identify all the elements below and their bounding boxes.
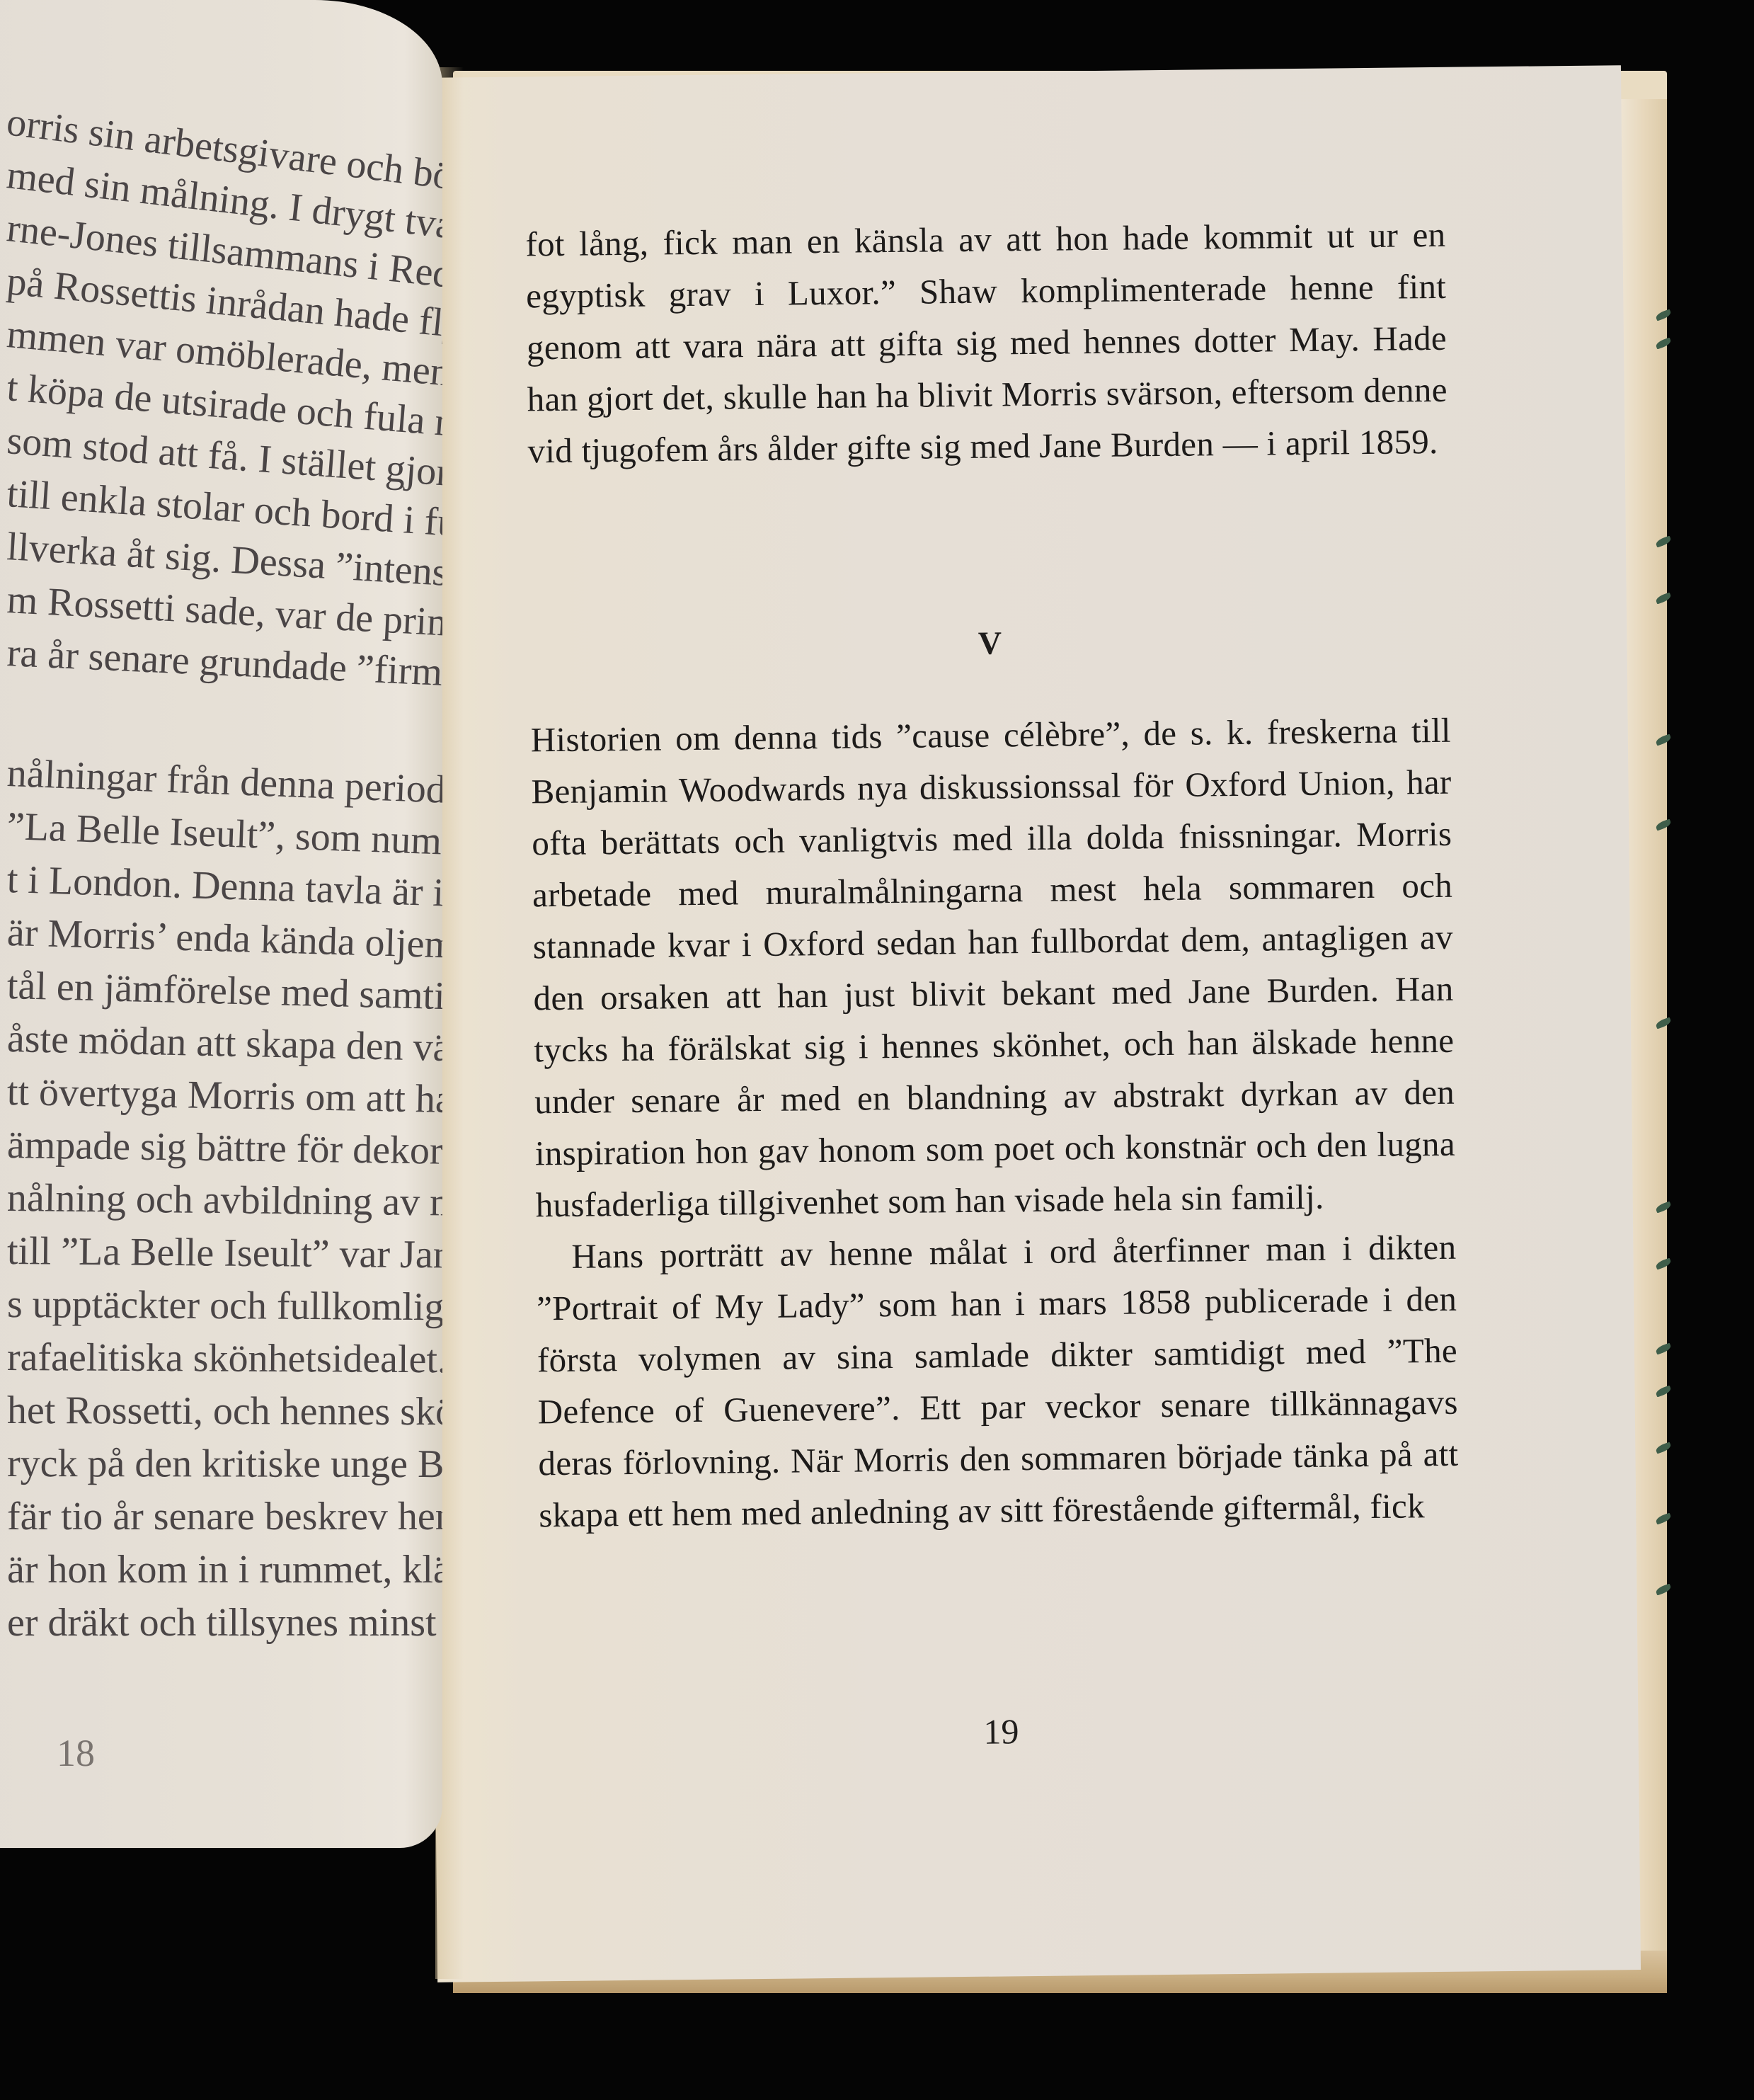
chapter-heading: V [529,620,1450,667]
paragraph: Historien om denna tids ”cause célèbre”,… [530,704,1456,1231]
opening-paragraph-block: fot lång, fick man en känsla av att hon … [525,209,1448,477]
leaf-pattern-icon [1655,1258,1672,1270]
text-line: tt övertyga Morris om att hans [6,1069,442,1123]
leaf-pattern-icon [1655,309,1672,321]
text-line: nålning och avbildning av män- [7,1175,442,1226]
text-line: ryck på den kritiske unge Ber- [7,1441,442,1487]
body-text-block: Historien om denna tids ”cause célèbre”,… [530,704,1459,1541]
text-line: s upptäckter och fullkomlig per- [7,1282,442,1330]
text-line: ”La Belle Iseult”, som numera [6,804,442,866]
text-line: till ”La Belle Iseult” var Jane [7,1228,442,1278]
leaf-pattern-icon [1655,734,1672,746]
text-line: nålningar från denna period är [6,751,442,814]
leaf-pattern-icon [1655,338,1672,350]
page-number: 18 [57,1731,95,1775]
text-line: är hon kom in i rummet, klädd [7,1547,442,1592]
text-line: tål en jämförelse med samtida [6,963,442,1020]
text-line: er dräkt och tillsynes minst åtta [7,1600,442,1645]
leaf-pattern-icon [1655,536,1672,548]
leaf-pattern-icon [1655,1343,1672,1355]
text-line: het Rossetti, och hennes skönhet [7,1388,442,1435]
page-number: 19 [541,1706,1462,1757]
leaf-pattern-icon [1655,1584,1672,1596]
paragraph: fot lång, fick man en känsla av att hon … [525,209,1448,477]
text-line: är Morris’ enda kända oljemål- [6,910,442,969]
leaf-pattern-icon [1655,1513,1672,1525]
text-line: ämpade sig bättre för dekorativ [7,1122,442,1175]
leaf-pattern-icon [1655,819,1672,831]
leaf-pattern-icon [1655,1017,1672,1029]
leaf-pattern-icon [1655,1386,1672,1398]
text-line: t i London. Denna tavla är in- [6,857,442,917]
text-line: åste mödan att skapa den väsent- [6,1016,442,1072]
leaf-pattern-icon [1655,1442,1672,1454]
leaf-pattern-icon [1655,1202,1672,1214]
leaf-pattern-icon [1655,593,1672,605]
text-line: rafaelitiska skönhetsidealet. Alla [7,1335,442,1383]
left-page: orris sin arbetsgivare och började med s… [0,0,442,1848]
paragraph: Hans porträtt av henne målat i ord återf… [536,1221,1460,1541]
text-line: fär tio år senare beskrev henne [7,1494,442,1539]
right-page: fot lång, fick man en känsla av att hon … [418,65,1641,1982]
